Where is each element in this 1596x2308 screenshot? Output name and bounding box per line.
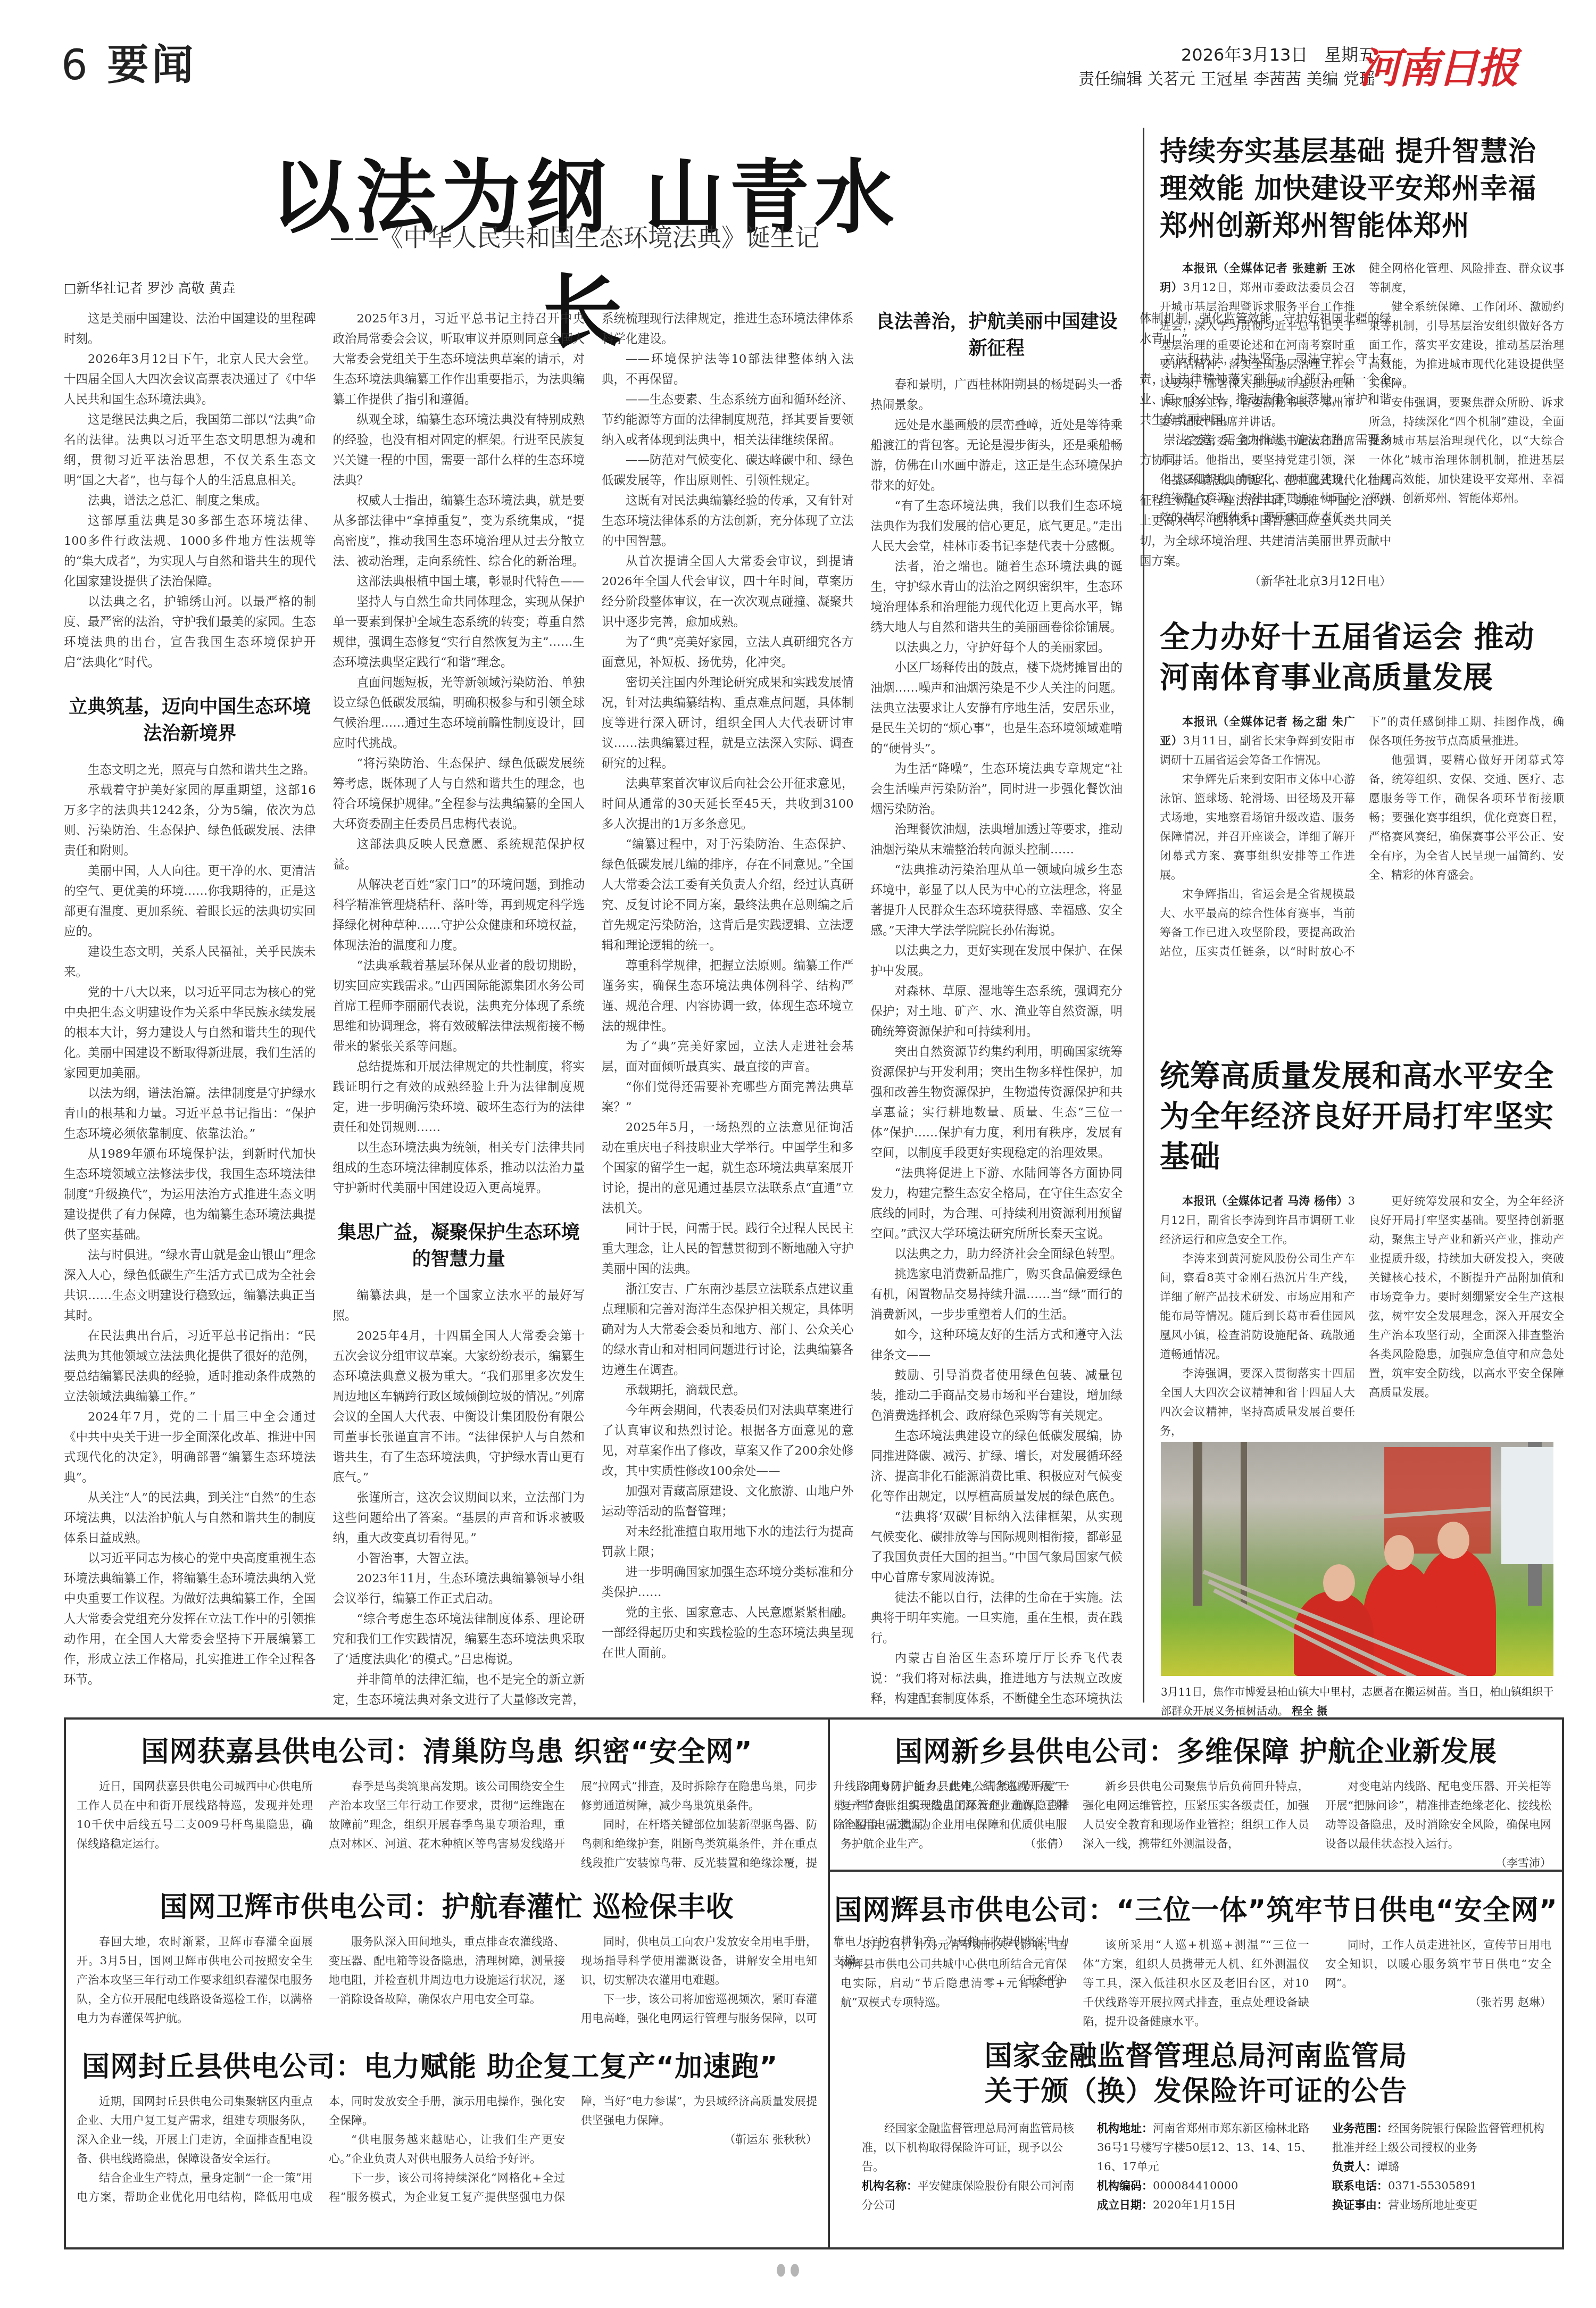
paragraph: 他强调，要精心做好开闭幕式筹备，统筹组织、安保、交通、医疗、志愿服务等工作，确保… — [1369, 750, 1564, 884]
editors-line: 责任编辑 关茗元 王冠星 李茜茜 美编 党瑶 — [1078, 67, 1375, 92]
paragraph: 纵观全球，编纂生态环境法典没有特别成熟的经验，也没有相对固定的框架。行进至民族复… — [333, 410, 585, 491]
paragraph: 法典，谱法之总汇、制度之集成。 — [64, 491, 316, 511]
article-title: 持续夯实基层基础 提升智慧治理效能 加快建设平安郑州幸福郑州创新郑州智能体郑州 — [1160, 133, 1564, 245]
right-article-2: 全力办好十五届省运会 推动河南体育事业高质量发展 本报讯（全媒体记者 杨之甜 朱… — [1160, 617, 1564, 1000]
section-heading: 立典筑基，迈向中国生态环境法治新境界 — [64, 694, 316, 747]
paragraph: 承载期托，滴载民意。 — [602, 1380, 854, 1400]
ad-body: 春回大地，农时渐紧，卫辉市春灌全面展开。3月5日，国网卫辉市供电公司按照安全生产… — [77, 1932, 817, 2044]
paragraph: “将污染防治、生态保护、绿色低碳发展统筹考虑，既体现了人与自然和谐共生的理念，也… — [333, 753, 585, 834]
ad-signature: （靳运东 张秋秋） — [581, 2130, 817, 2149]
paragraph: 对变电站内线路、配电变压器、开关柜等开展“把脉问诊”，精准排查绝缘老化、接线松动… — [1325, 1776, 1551, 1853]
paragraph: 2024年7月，党的二十届三中全会通过《中共中央关于进一步全面深化改革、推进中国… — [64, 1407, 316, 1488]
paragraph: 3月2日，针对元宵节期间天气影响，国网辉县市供电公司共城中心供电所结合元宵保电实… — [841, 1935, 1067, 2012]
paragraph: 这既有对民法典编纂经验的传承，又有针对生态环境法律体系的方法创新，充分体现了立法… — [602, 491, 854, 551]
paragraph: 法者，治之端也。随着生态环境法典的诞生，守护绿水青山的法治之网织密织牢，生态环境… — [871, 557, 1123, 637]
issue-date: 2026年3月13日 — [1181, 45, 1308, 65]
paragraph: 3月6日，新乡县供电公司紧扣节后复工复产节奏，组织一线员工深入企业走访，了解企业… — [841, 1776, 1067, 1853]
article-lead: 本报讯（全媒体记者 马涛 杨伟） — [1182, 1194, 1348, 1207]
notice-box: 国家金融监督管理总局河南监管局 关于颁（换）发保险许可证的公告 经国家金融监督管… — [830, 2031, 1564, 2249]
paragraph: 对森林、草原、湿地等生态系统，强调充分保护；对土地、矿产、水、渔业等自然资源，明… — [871, 981, 1123, 1042]
ad-signature: （李雪沛） — [1325, 1853, 1551, 1872]
field-phone: 联系电话：0371-55305891 — [1332, 2176, 1551, 2195]
paragraph: 以法典之力，助力经济社会全面绿色转型。 — [871, 1244, 1123, 1264]
paragraph: 党的主张、国家意志、人民意愿紧紧相融。一部经得起历史和实践检验的生态环境法典呈现… — [602, 1603, 854, 1663]
paragraph: 生态环境法典建设立的绿色低碳发展编，协同推进降碳、减污、扩绿、增长，对发展循环经… — [871, 1426, 1123, 1507]
notice-intro: 经国家金融监督管理总局河南监管局核准，以下机构取得保险许可证，现予以公告。 — [862, 2119, 1081, 2176]
paragraph: 更好统筹发展和安全，为全年经济良好开局打牢坚实基础。要坚持创新驱动，聚焦主导产业… — [1369, 1191, 1564, 1402]
paragraph: “有了生态环境法典，我们以我们生态环境法典作为我们发展的信心更足，底气更足。”走… — [871, 496, 1123, 557]
section-heading: 良法善治，护航美丽中国建设新征程 — [871, 309, 1123, 362]
paragraph: 浙江安吉、广东南沙基层立法联系点建议重点理顺和完善对海洋生态保护相关规定，具体明… — [602, 1279, 854, 1380]
ad-box-weihui: 国网卫辉市供电公司：护航春灌忙 巡检保丰收 春回大地，农时渐紧，卫辉市春灌全面展… — [64, 1877, 830, 2037]
paragraph: 直面问题短板，光等新领域污染防治、单独设立绿色低碳发展编，明确积极参与和引领全球… — [333, 673, 585, 753]
paragraph: 权威人士指出，编纂生态环境法典，就是要从多部法律中“拿掉重复”，变为系统集成，“… — [333, 491, 585, 571]
paragraph: “你们觉得还需要补充哪些方面完善法典草案？” — [602, 1077, 854, 1117]
paragraph: 宋争辉先后来到安阳市文体中心游泳馆、篮球场、轮滑场、田径场及开幕式场地，实地察看… — [1160, 769, 1355, 884]
paragraph: 近日，国网获嘉县供电公司城西中心供电所工作人员在中和街开展线路特巡，发现并处理1… — [77, 1776, 313, 1853]
field-institution-name: 机构名称：平安健康保险股份有限公司河南分公司 — [862, 2176, 1081, 2214]
paragraph: 生态文明之光，照亮与自然和谐共生之路。 — [64, 760, 316, 780]
paragraph: 2026年3月12日下午，北京人民大会堂。十四届全国人大四次会议高票表决通过了《… — [64, 349, 316, 410]
ad-box-fengqiu: 国网封丘县供电公司：电力赋能 助企复工复产“加速跑” 近期，国网封丘县供电公司集… — [64, 2037, 830, 2249]
paragraph: 这是继民法典之后，我国第二部以“法典”命名的法律。法典以习近平生态文明思想为魂和… — [64, 410, 316, 491]
paragraph: 为了“典”亮美好家园，立法人走进社会基层，面对面倾听最真实、最直接的声音。 — [602, 1036, 854, 1077]
paragraph: 挑选家电消费新品推广，购买食品偏爱绿色有机，闲置物品交易持续升温……当“绿”而行… — [871, 1264, 1123, 1325]
paragraph: 从关注“人”的民法典，到关注“自然”的生态环境法典，以法治护航人与自然和谐共生的… — [64, 1488, 316, 1548]
paragraph: 该所采用“人巡+机巡+测温”“三位一体”方案，组织人员携带无人机、红外测温仪等工… — [1083, 1935, 1309, 2031]
paragraph: 徒法不能以自行，法律的生命在于实施。法典将于明年实施。一旦实施，重在生根，责在践… — [871, 1588, 1123, 1648]
article-title: 全力办好十五届省运会 推动河南体育事业高质量发展 — [1160, 617, 1564, 698]
field-business-scope: 业务范围：经国务院银行保险监督管理机构批准并经上级公司授权的业务 — [1332, 2119, 1551, 2157]
section-heading: 集思广益，凝聚保护生态环境的智慧力量 — [333, 1219, 585, 1273]
article-title-text: 统筹高质量发展和高水平安全 为全年经济良好开局打牢坚实基础 — [1160, 1059, 1554, 1174]
paragraph: “法典承载着基层环保从业者的殷切期盼，切实回应实践需求。”山西国际能源集团水务公… — [333, 956, 585, 1057]
paragraph: 在民法典出台后，习近平总书记指出：“民法典为其他领域立法法典化提供了很好的范例，… — [64, 1326, 316, 1407]
paragraph: 服务队深入田间地头，重点排查农灌线路、变压器、配电箱等设备隐患，清理树障，测量接… — [329, 1932, 565, 2008]
paragraph: 为了“典”亮美好家园，立法人真研细究各方面意见，补短板、扬优势，化冲突。 — [602, 632, 854, 673]
paragraph: 为生活“降噪”，生态环境法典专章规定“社会生活噪声污染防治”，同时进一步强化餐饮… — [871, 759, 1123, 819]
paragraph: “供电服务越来越贴心，让我们生产更安心。”企业负责人对供电服务人员给予好评。 — [329, 2130, 565, 2168]
paragraph: 这部法典根植中国土壤，彰显时代特色—— — [333, 571, 585, 592]
article-title-text: 全力办好十五届省运会 推动河南体育事业高质量发展 — [1160, 620, 1535, 695]
field-institution-code: 机构编码：000084410000 — [1097, 2176, 1316, 2195]
ad-body: 近日，国网获嘉县供电公司城西中心供电所工作人员在中和街开展线路特巡，发现并处理1… — [77, 1776, 817, 1883]
paragraph: 从1989年颁布环境保护法，到新时代加快生态环境领域立法修法步伐，我国生态环境法… — [64, 1144, 316, 1245]
paragraph: 小区厂场释传出的鼓点，楼下烧烤摊冒出的油烟……噪声和油烟污染是不少人关注的问题。… — [871, 658, 1123, 759]
paragraph: 党的十八大以来，以习近平同志为核心的党中央把生态文明建设作为关系中华民族永续发展… — [64, 982, 316, 1083]
paragraph: 春回大地，农时渐紧，卫辉市春灌全面展开。3月5日，国网卫辉市供电公司按照安全生产… — [77, 1932, 313, 2028]
paragraph: “法典推动污染治理从单一领域向城乡生态环境中，彰显了以人民为中心的立法理念，将显… — [871, 860, 1123, 941]
paragraph: 李涛来到黄河旋风股份公司生产车间，察看8英寸金刚石热沉片生产线，详细了解产品技术… — [1160, 1249, 1355, 1364]
paragraph: 安伟强调，要聚焦群众所盼、诉求所急，持续深化“四个机制”建设，全面推动城市基层治… — [1369, 393, 1564, 508]
notice-title-line-1: 国家金融监督管理总局河南监管局 — [830, 2039, 1562, 2074]
right-article-1: 持续夯实基层基础 提升智慧治理效能 加快建设平安郑州幸福郑州创新郑州智能体郑州 … — [1160, 133, 1564, 553]
article-body: 本报讯（全媒体记者 杨之甜 朱广亚）3月11日，副省长宋争辉到安阳市调研十五届省… — [1160, 712, 1564, 994]
paragraph: 同计于民，问需于民。践行全过程人民民主重大理念，让人民的智慧贯彻到不断地融入守护… — [602, 1218, 854, 1279]
edition-meta: 2026年3月13日 星期五 责任编辑 关茗元 王冠星 李茜茜 美编 党瑶 — [1078, 43, 1375, 92]
paragraph: 这部厚重法典是30多部生态环境法律、100多件行政法规、1000多件地方性法规等… — [64, 511, 316, 592]
paragraph: 以习近平同志为核心的党中央高度重视生态环境法典编纂工作，将编纂生态环境法典纳入党… — [64, 1548, 316, 1690]
notice-body: 经国家金融监督管理总局河南监管局核准，以下机构取得保险许可证，现予以公告。 机构… — [862, 2119, 1551, 2241]
paragraph: “法典将‘双碳’目标纳入法律框架，从实现气候变化、碳排放等与国际规则相衔接，都彰… — [871, 1507, 1123, 1588]
registration-dot — [791, 2264, 799, 2277]
paragraph: 法与时俱进。“绿水青山就是金山银山”理念深入人心，绿色低碳生产生活方式已成为全社… — [64, 1245, 316, 1326]
ad-title: 国网获嘉县供电公司：清巢防鸟患 织密“安全网” — [66, 1729, 828, 1769]
photo-credit: 程全 摄 — [1292, 1705, 1327, 1717]
page-header: 6 要闻 — [61, 32, 196, 92]
field-established-date: 成立日期：2020年1月15日 — [1097, 2195, 1316, 2214]
ad-body: 近期，国网封丘县供电公司集聚辖区内重点企业、大用户复工复产需求，组建专项服务队，… — [77, 2091, 817, 2240]
field-reason: 换证事由：营业场所地址变更 — [1332, 2195, 1551, 2214]
paragraph: “综合考虑生态环境法律制度体系、理论研究和我们工作实践情况，编纂生态环境法典采取… — [333, 1609, 585, 1670]
issue-date-line: 2026年3月13日 星期五 — [1078, 43, 1375, 67]
paragraph: 今年两会期间，代表委员们对法典草案进行了认真审议和热烈讨论。根据各方面意见的意见… — [602, 1400, 854, 1481]
paragraph: 这部法典反映人民意愿、系统规范保护权益。 — [333, 834, 585, 875]
photo-caption: 3月11日，焦作市博爱县柏山镇大中里村，志愿者在搬运树苗。当日，柏山镇组织干部群… — [1161, 1682, 1555, 1721]
paragraph: 承载着守护美好家园的厚重期望，这部16万多字的法典共1242条，分为5编，依次为… — [64, 780, 316, 861]
paragraph: 密切关注国内外理论研究成果和实践发展情况，针对法典编纂结构、重点难点问题，具体制… — [602, 673, 854, 774]
paragraph: 3月11日，副省长宋争辉到安阳市调研十五届省运会筹备工作情况。 — [1160, 734, 1355, 766]
paragraph: 法典草案首次审议后向社会公开征求意见，时间从通常的30天延长至45天，共收到31… — [602, 774, 854, 834]
ad-title: 国网卫辉市供电公司：护航春灌忙 巡检保丰收 — [66, 1884, 828, 1924]
paragraph: 张谨所言，这次会议期间以来，立法部门为这些问题给出了答案。“基层的声音和诉求被吸… — [333, 1488, 585, 1548]
paragraph: 2025年5月，一场热烈的立法意见征询活动在重庆电子科技职业大学举行。中国学生和… — [602, 1117, 854, 1218]
right-article-3: 统筹高质量发展和高水平安全 为全年经济良好开局打牢坚实基础 本报讯（全媒体记者 … — [1160, 1056, 1564, 1429]
paragraph: 以法为纲，谱法治篇。法律制度是守护绿水青山的根基和力量。习近平总书记指出：“保护… — [64, 1083, 316, 1144]
paragraph: 尊重科学规律，把握立法原则。编纂工作严谨务实，确保生态环境法典体例科学、结构严谨… — [602, 956, 854, 1036]
paragraph: 以生态环境法典为统领，相关专门法律共同组成的生态环境法律制度体系，推动以法治力量… — [333, 1138, 585, 1198]
paragraph: 加强对青藏高原建设、文化旅游、山地户外运动等活动的监督管理； — [602, 1481, 854, 1522]
registration-dot — [777, 2264, 785, 2277]
paragraph: 编纂法典，是一个国家立法水平的最好写照。 — [333, 1285, 585, 1326]
paragraph: 坚持人与自然生命共同体理念，实现从保护单一要素到保护全域生态系统的转变；尊重自然… — [333, 592, 585, 673]
paragraph: 总结提炼和开展法律规定的共性制度，将实践证明行之有效的成熟经验上升为法律制度规定… — [333, 1057, 585, 1138]
ad-signature: （张若男 赵琳） — [1325, 1992, 1551, 2012]
paragraph: 健全系统保障、工作闭环、激励约束等机制，引导基层治安组织做好各方面工作，落实平安… — [1369, 297, 1564, 393]
ad-title: 国网封丘县供电公司：电力赋能 助企复工复产“加速跑” — [82, 2044, 828, 2084]
print-registration-marks — [777, 2264, 799, 2277]
paragraph: 远处是水墨画般的层峦叠嶂，近处是等待乘船渡江的背包客。无论是漫步街头，还是乘船畅… — [871, 415, 1123, 496]
paragraph: 同时，供电员工向农户发放安全用电手册，现场指导科学使用灌溉设备，讲解安全用电知识… — [581, 1932, 817, 1989]
paragraph: 2025年3月，习近平总书记主持召开中央政治局常委会会议，听取审议并原则同意全国… — [333, 309, 585, 410]
ad-box-xinxiang: 国网新乡县供电公司：多维保障 护航企业新发展 3月6日，新乡县供电公司紧扣节后复… — [830, 1717, 1564, 1872]
paragraph: 同时，工作人员走进社区，宣传节日用电安全知识，以暖心服务筑牢节日供电“安全网”。 — [1325, 1935, 1551, 1992]
paragraph: “编纂过程中，对于污染防治、生态保护、绿色低碳发展几编的排序，存在不同意见。”全… — [602, 834, 854, 956]
article-title: 统筹高质量发展和高水平安全 为全年经济良好开局打牢坚实基础 — [1160, 1056, 1564, 1177]
paragraph: 突出自然资源节约集约利用，明确国家统筹资源保护与开发利用；突出生物多样性保护，加… — [871, 1042, 1123, 1163]
paragraph: 如今，这种环境友好的生活方式和遵守入法律条文—— — [871, 1325, 1123, 1365]
field-person-in-charge: 负责人：谭璐 — [1332, 2157, 1551, 2176]
paragraph: 春和景明，广西桂林阳朔县的杨堤码头一番热闹景象。 — [871, 375, 1123, 415]
paragraph: 治理餐饮油烟，法典增加透过等要求，推动油烟污染从末端整治转向源头控制…… — [871, 819, 1123, 860]
newspaper-logo: 河南日报 — [1359, 35, 1516, 95]
page-number: 6 — [61, 41, 91, 89]
paragraph: “法典将促进上下游、水陆间等各方面协同发力，构建完整生态安全格局，在守住生态安全… — [871, 1163, 1123, 1244]
caption-text: 3月11日，焦作市博爱县柏山镇大中里村，志愿者在搬运树苗。当日，柏山镇组织干部群… — [1161, 1686, 1553, 1717]
ad-box-huixian: 国网辉县市供电公司：“三位一体”筑牢节日供电“安全网” 3月2日，针对元宵节期间… — [830, 1872, 1564, 2031]
article-body: 本报讯（全媒体记者 张建新 王冰玥）3月12日，郑州市委政法委员会召开城市基层治… — [1160, 259, 1564, 557]
notice-title-line-2: 关于颁（换）发保险许可证的公告 — [830, 2074, 1562, 2109]
notice-title: 国家金融监督管理总局河南监管局 关于颁（换）发保险许可证的公告 — [830, 2039, 1562, 2109]
main-article-subtitle: ——《中华人民共和国生态环境法典》诞生记 — [255, 218, 894, 253]
paragraph: 这是美丽中国建设、法治中国建设的里程碑时刻。 — [64, 309, 316, 349]
paragraph: 对未经批准擅自取用地下水的违法行为提高罚款上限； — [602, 1522, 854, 1562]
paragraph: 建设生态文明，关系人民福祉，关乎民族未来。 — [64, 942, 316, 982]
dateline: （新华社北京3月12日电） — [1140, 571, 1392, 592]
paragraph: 3月12日，郑州市委政法委员会召开城市基层治理暨诉求服务平台工作推进会，深入学习… — [1160, 281, 1355, 428]
paragraph: 进一步明确国家加强生态环境分类标准和分类保护…… — [602, 1562, 854, 1603]
paragraph: ——生态要素、生态系统方面和循环经济、节约能源等方面的法律制度规范，择其要旨要领… — [602, 389, 854, 450]
paragraph: 2025年4月，十四届全国人大常委会第十五次会议分组审议草案。大家纷纷表示，编纂… — [333, 1326, 585, 1488]
main-article-body: 这是美丽中国建设、法治中国建设的里程碑时刻。 2026年3月12日下午，北京人民… — [64, 309, 1123, 1718]
news-photo-tree-planting — [1161, 1442, 1553, 1676]
article-body: 本报讯（全媒体记者 马涛 杨伟）3月12日，副省长李涛到许昌市调研工业经济运行和… — [1160, 1191, 1564, 1468]
ad-title: 国网新乡县供电公司：多维保障 护航企业新发展 — [830, 1729, 1562, 1769]
paragraph: ——防范对气候变化、碳达峰碳中和、绿色低碳发展等，作出原则性、引领性规定。 — [602, 450, 854, 491]
ad-box-huojia: 国网获嘉县供电公司：清巢防鸟患 织密“安全网” 近日，国网获嘉县供电公司城西中心… — [64, 1717, 830, 1877]
paragraph: 以法典之名，护锦绣山河。以最严格的制度、最严密的法治，守护我们最美的家园。生态环… — [64, 592, 316, 673]
ad-title: 国网辉县市供电公司：“三位一体”筑牢节日供电“安全网” — [830, 1888, 1562, 1928]
paragraph: ——环境保护法等10部法律整体纳入法典，不再保留。 — [602, 349, 854, 389]
section-name: 要闻 — [107, 41, 196, 89]
paragraph: 新乡县供电公司聚焦节后负荷回升特点，强化电网运维管控，压紧压实各级责任，加强人员… — [1083, 1776, 1309, 1853]
paragraph: 美丽中国，人人向往。更干净的水、更清洁的空气、更优美的环境……你我期待的，正是这… — [64, 861, 316, 942]
paragraph: 小智治事，大智立法。 — [333, 1548, 585, 1568]
ad-body: 3月2日，针对元宵节期间天气影响，国网辉县市供电公司共城中心供电所结合元宵保电实… — [841, 1935, 1551, 2036]
paragraph: 近期，国网封丘县供电公司集聚辖区内重点企业、大用户复工复产需求，组建专项服务队，… — [77, 2091, 313, 2168]
field-institution-address: 机构地址：河南省郑州市郑东新区榆林北路36号1号楼写字楼50层12、13、14、… — [1097, 2119, 1316, 2176]
paragraph: 李涛强调，要深入贯彻落实十四届全国人大四次会议精神和省十四届人大四次会议精神，坚… — [1160, 1364, 1355, 1440]
paragraph: 2023年11月，生态环境法典编纂领导小组会议举行，编纂工作正式启动。 — [333, 1568, 585, 1609]
main-article-byline: □新华社记者 罗沙 高敬 黄垚 — [64, 278, 235, 297]
paragraph: 以法典之力，更好实现在发展中保护、在保护中发展。 — [871, 941, 1123, 981]
paragraph: 从解决老百姓“家门口”的环境问题，到推动科学精准管理烧秸秆、落叶等，再到规定科学… — [333, 875, 585, 956]
paragraph: 鼓励、引导消费者使用绿色包装、减量包装，推动二手商品交易市场和平台建设，增加绿色… — [871, 1365, 1123, 1426]
ad-body: 3月6日，新乡县供电公司紧扣节后复工复产节奏，组织一线员工深入企业走访，了解企业… — [841, 1776, 1551, 1878]
paragraph: 以法典之力，守护好每个人的美丽家园。 — [871, 637, 1123, 658]
paragraph: 从首次提请全国人大常委会审议，到提请2026年全国人代会审议，四十年时间，草案历… — [602, 551, 854, 632]
